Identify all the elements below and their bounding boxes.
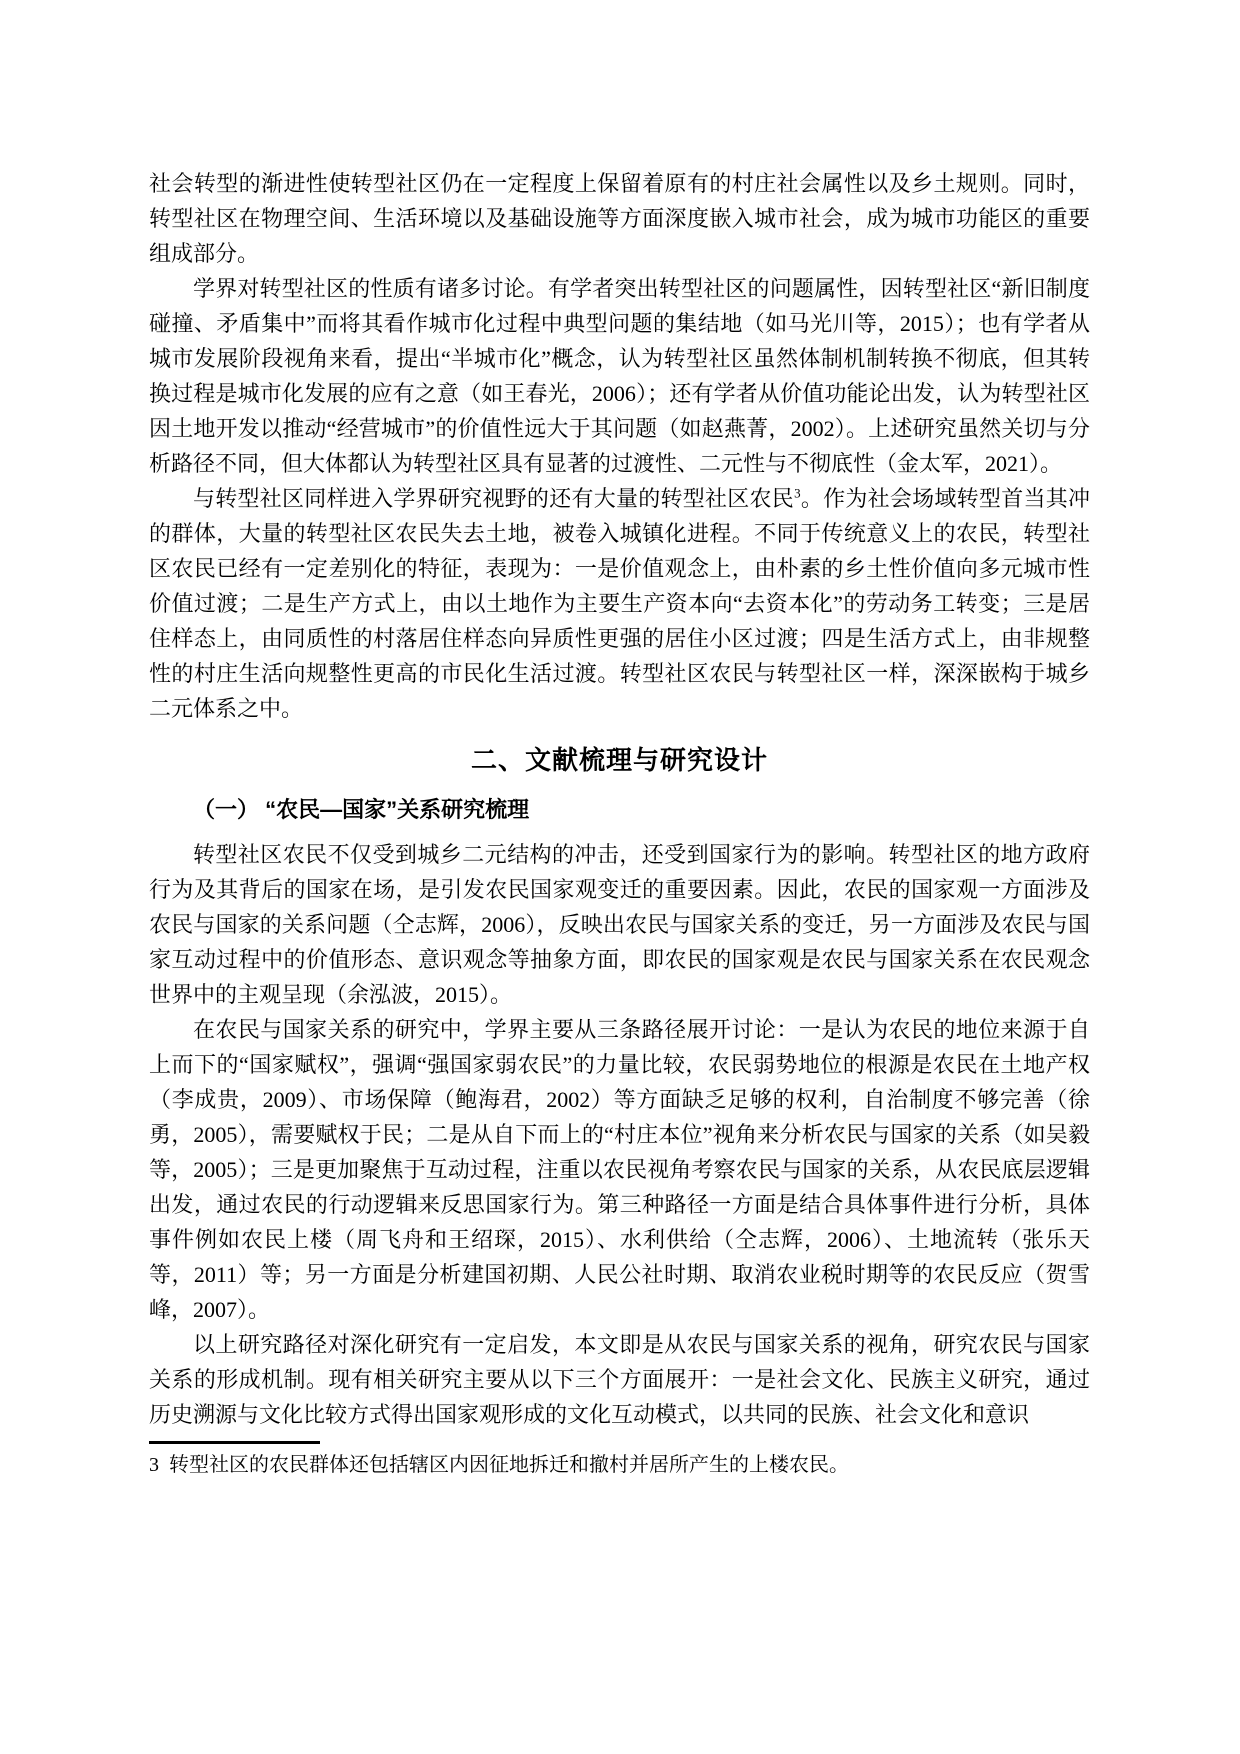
footnote-number: 3 (149, 1454, 159, 1476)
footnote-separator-rule (149, 1441, 320, 1444)
section-heading-literature-review: 二、文献梳理与研究设计 (149, 740, 1090, 780)
paragraph-three-research-paths: 在农民与国家关系的研究中，学界主要从三条路径展开讨论：一是认为农民的地位来源于自… (149, 1012, 1090, 1327)
footnote: 3转型社区的农民群体还包括辖区内因征地拆迁和撤村并居所产生的上楼农民。 (149, 1450, 1090, 1480)
footnote-content: 转型社区的农民群体还包括辖区内因征地拆迁和撤村并居所产生的上楼农民。 (169, 1454, 849, 1476)
paragraph-text-before-footnote-ref: 与转型社区同样进入学界研究视野的还有大量的转型社区农民 (193, 486, 794, 511)
paragraph-continuation: 社会转型的渐进性使转型社区仍在一定程度上保留着原有的村庄社会属性以及乡土规则。同… (149, 166, 1090, 271)
paragraph-farmer-state-relation: 转型社区农民不仅受到城乡二元结构的冲击，还受到国家行为的影响。转型社区的地方政府… (149, 837, 1090, 1012)
page-content: 社会转型的渐进性使转型社区仍在一定程度上保留着原有的村庄社会属性以及乡土规则。同… (149, 166, 1090, 1480)
paragraph-research-inspiration: 以上研究路径对深化研究有一定启发，本文即是从农民与国家关系的视角，研究农民与国家… (149, 1327, 1090, 1432)
subsection-heading-farmer-state-relation: （一） “农民—国家”关系研究梳理 (149, 792, 1090, 828)
footnote-area: 3转型社区的农民群体还包括辖区内因征地拆迁和撤村并居所产生的上楼农民。 (149, 1441, 1090, 1480)
paragraph-community-nature-debate: 学界对转型社区的性质有诸多讨论。有学者突出转型社区的问题属性，因转型社区“新旧制… (149, 271, 1090, 481)
document-page: 社会转型的渐进性使转型社区仍在一定程度上保留着原有的村庄社会属性以及乡土规则。同… (0, 0, 1240, 1754)
paragraph-text-after-footnote-ref: 。作为社会场域转型首当其冲的群体，大量的转型社区农民失去土地，被卷入城镇化进程。… (149, 486, 1090, 721)
paragraph-transition-community-farmers: 与转型社区同样进入学界研究视野的还有大量的转型社区农民3。作为社会场域转型首当其… (149, 481, 1090, 726)
